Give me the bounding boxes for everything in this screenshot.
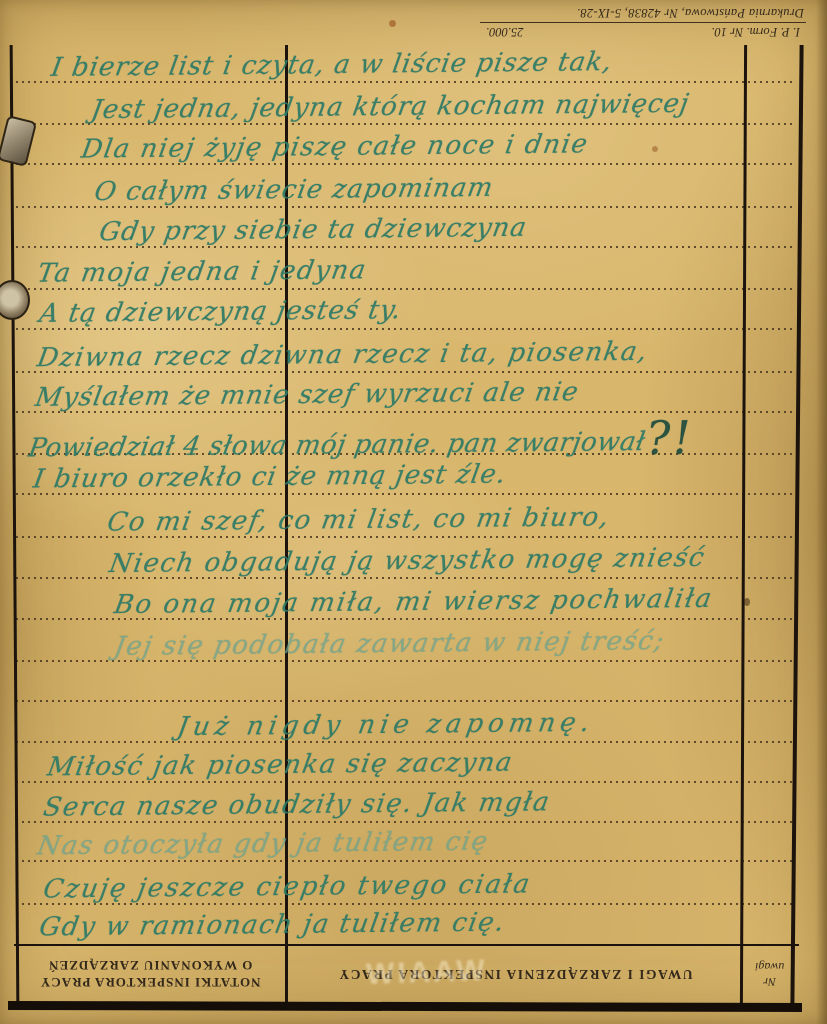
- manuscript-line: A tą dziewczyną jesteś ty.: [37, 293, 404, 331]
- manuscript-line: Gdy przy siebie ta dziewczyna: [97, 211, 530, 249]
- manuscript-line: O całym świecie zapominam: [92, 171, 496, 209]
- manuscript-exclamation: ?!: [643, 421, 696, 455]
- form-number: I. P. Form. Nr 10.: [711, 23, 800, 40]
- footer-cell-uwagi-header: UWAGI I ZARZĄDZENIA INSPEKTORA PRACY: [288, 946, 742, 1002]
- manuscript-line: I biuro orzekło ci że mną jest źle.: [31, 458, 509, 497]
- manuscript-line: Ta moja jedna i jedyna: [35, 253, 370, 290]
- footer-uwagi-line: uwagi: [755, 959, 784, 974]
- binding-fastener-top: [0, 115, 37, 167]
- manuscript-line: Dla niej żyję piszę całe noce i dnie: [79, 127, 591, 166]
- rust-stain: [389, 20, 396, 27]
- manuscript-line: Jej się podobała zawarta w niej treść;: [112, 624, 668, 664]
- manuscript-line: Serca nasze obudziły się. Jak mgła: [41, 785, 553, 824]
- footer-cell-nr-uwagi: Nr uwagi: [745, 946, 795, 1002]
- binding-fastener-bottom: [0, 280, 30, 320]
- footer-cell-notatki: NOTATKI INSPEKTORA PRACY O WYKONANIU ZAR…: [15, 946, 285, 1002]
- manuscript-line: Niech obgadują ją wszystko mogę znieść: [107, 541, 708, 581]
- paper-stain: [652, 146, 658, 152]
- scanned-page: I. P. Form. Nr 10. 25.000. Drukarnia Pań…: [0, 0, 827, 1024]
- manuscript-line: Już nigdy nie zapomnę.: [175, 706, 597, 744]
- form-number-row: I. P. Form. Nr 10. 25.000.: [480, 22, 806, 40]
- footer-notatki-line2: O WYKONANIU ZARZĄDZEŃ: [40, 957, 260, 974]
- manuscript-line: Jest jedna, jedyna którą kocham najwięce…: [89, 87, 692, 127]
- manuscript-line: Dziwna rzecz dziwna rzecz i ta, piosenka…: [35, 335, 651, 375]
- manuscript-line: Co mi szef, co mi list, co mi biuro,: [105, 500, 613, 539]
- archive-watermark: WIAAW: [365, 954, 488, 992]
- manuscript-line: Myślałem że mnie szef wyrzuci ale nie: [33, 375, 582, 415]
- print-run-count: 25.000.: [486, 23, 524, 40]
- manuscript-line: Bo ona moja miła, mi wiersz pochwaliła: [112, 582, 716, 622]
- ruled-dotted-line: [16, 700, 793, 702]
- printed-form-imprint: I. P. Form. Nr 10. 25.000. Drukarnia Pań…: [480, 4, 806, 40]
- table-rule-right-border: [790, 45, 803, 1005]
- footer-notatki-line1: NOTATKI INSPEKTORA PRACY: [40, 974, 260, 991]
- manuscript-line: Gdy w ramionach ja tuliłem cię.: [37, 906, 508, 945]
- manuscript-line: Miłość jak piosenka się zaczyna: [45, 746, 516, 785]
- table-rule-left-border: [10, 45, 20, 1005]
- manuscript-line: Czuję jeszcze ciepło twego ciała: [41, 867, 534, 906]
- footer-nr-line: Nr: [755, 974, 784, 989]
- printer-credit: Drukarnia Państwowa, Nr 42838, 5-IX-28.: [480, 4, 806, 22]
- ink-speck: [744, 598, 750, 606]
- footer-band-bottom-border: [8, 1001, 802, 1012]
- paper-edge-shadow: [816, 0, 827, 1024]
- manuscript-line: Nas otoczyła gdy ja tuliłem cię: [35, 825, 492, 864]
- manuscript-line: I bierze list i czyta, a w liście pisze …: [49, 45, 615, 85]
